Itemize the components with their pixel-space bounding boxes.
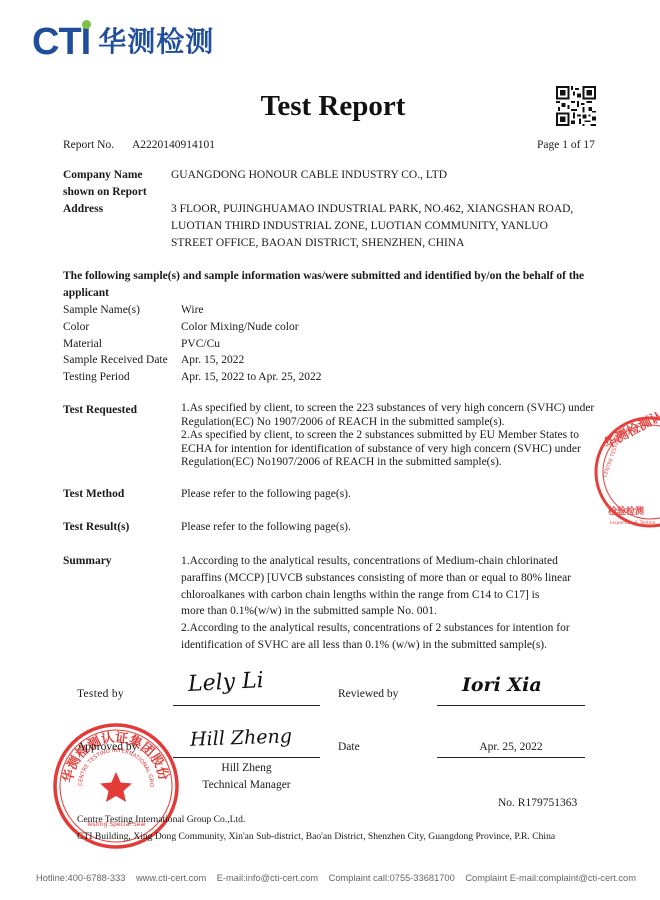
test-requested-value: 1.As specified by client, to screen the … bbox=[181, 402, 611, 470]
sample-field-row: MaterialPVC/Cu bbox=[63, 336, 603, 353]
footer-complaint-call: Complaint call:0755-33681700 bbox=[329, 873, 455, 883]
report-no-label: Report No. bbox=[63, 137, 114, 154]
field-value: Color Mixing/Nude color bbox=[181, 319, 299, 336]
test-result-label: Test Result(s) bbox=[63, 519, 129, 536]
issuer-address: CTI Building, Xing Dong Community, Xin'a… bbox=[77, 828, 555, 845]
field-label: Sample Name(s) bbox=[63, 302, 181, 319]
company-name-label: Company Name shown on Report bbox=[63, 167, 147, 201]
tested-by-label: Tested by bbox=[77, 686, 124, 703]
approved-by-signature: Hill Zheng bbox=[190, 725, 293, 751]
issuer-info: Centre Testing International Group Co.,L… bbox=[77, 811, 555, 845]
sample-intro-line2: applicant bbox=[63, 285, 603, 302]
address-line: STREET OFFICE, BAOAN DISTRICT, SHENZHEN,… bbox=[171, 235, 573, 252]
field-value: Apr. 15, 2022 bbox=[181, 352, 244, 369]
serial-number: No. R179751363 bbox=[498, 795, 577, 812]
approver-name: Hill Zheng bbox=[173, 760, 320, 777]
sample-field-row: ColorColor Mixing/Nude color bbox=[63, 319, 603, 336]
company-name-label-line1: Company Name bbox=[63, 167, 147, 184]
summary-line: identification of SVHC are all less than… bbox=[181, 637, 611, 654]
page-label: Page bbox=[537, 139, 559, 151]
sample-intro: The following sample(s) and sample infor… bbox=[63, 268, 603, 302]
test-requested-line: Regulation(EC) No 1907/2006 of REACH in … bbox=[181, 416, 611, 430]
date-label: Date bbox=[338, 739, 360, 756]
address-line: LUOTIAN THIRD INDUSTRIAL ZONE, LUOTIAN C… bbox=[171, 218, 573, 235]
summary-line: more than 0.1%(w/w) in the submitted sam… bbox=[181, 603, 611, 620]
tested-by-signature: Lely Li bbox=[187, 668, 264, 697]
logo-brand: CTI bbox=[32, 20, 90, 64]
side-stamp: 华测检测认证集 检验检测 Inspection & Testing CENTRE… bbox=[588, 412, 660, 532]
approved-by-label: Approved by bbox=[77, 739, 137, 756]
page-total: 17 bbox=[583, 139, 595, 151]
report-title: Test Report bbox=[0, 90, 660, 123]
sample-field-row: Sample Received DateApr. 15, 2022 bbox=[63, 352, 603, 369]
date-value: Apr. 25, 2022 bbox=[437, 739, 585, 756]
logo-chinese-name: 华测检测 bbox=[98, 20, 214, 64]
company-name-label-line2: shown on Report bbox=[63, 184, 147, 201]
cti-logo: CTI 华测检测 bbox=[32, 20, 214, 64]
tested-by-text: Tested by bbox=[77, 688, 124, 700]
test-result-value: Please refer to the following page(s). bbox=[181, 519, 351, 536]
reviewed-by-label: Reviewed by bbox=[338, 686, 398, 703]
tested-by-line bbox=[173, 705, 320, 706]
field-label: Color bbox=[63, 319, 181, 336]
test-requested-label: Test Requested bbox=[63, 402, 137, 419]
approver-info: Hill Zheng Technical Manager bbox=[173, 760, 320, 794]
footer-email: E-mail:info@cti-cert.com bbox=[217, 873, 318, 883]
svg-text:华测检测认证集: 华测检测认证集 bbox=[601, 412, 660, 452]
field-label: Testing Period bbox=[63, 369, 181, 386]
test-requested-line: Regulation(EC) No1907/2006 of REACH in t… bbox=[181, 456, 611, 470]
field-value: PVC/Cu bbox=[181, 336, 220, 353]
page-of: of bbox=[571, 139, 581, 151]
report-no-value: A2220140914101 bbox=[132, 137, 215, 154]
page-indicator: Page 1 of 17 bbox=[537, 137, 595, 154]
address-line: 3 FLOOR, PUJINGHUAMAO INDUSTRIAL PARK, N… bbox=[171, 201, 573, 218]
summary-line: 1.According to the analytical results, c… bbox=[181, 553, 611, 570]
address-value: 3 FLOOR, PUJINGHUAMAO INDUSTRIAL PARK, N… bbox=[171, 201, 573, 251]
field-label: Sample Received Date bbox=[63, 352, 181, 369]
summary-label: Summary bbox=[63, 553, 112, 570]
summary-value: 1.According to the analytical results, c… bbox=[181, 553, 611, 654]
reviewed-by-line bbox=[437, 705, 585, 706]
summary-line: paraffins (MCCP) [UVCB substances consis… bbox=[181, 570, 611, 587]
issuer-company: Centre Testing International Group Co.,L… bbox=[77, 811, 555, 828]
test-requested-line: ECHA for intention for identification of… bbox=[181, 443, 611, 457]
date-line bbox=[437, 757, 585, 758]
svg-text:Inspection & Testing: Inspection & Testing bbox=[610, 520, 656, 526]
test-requested-line: 2.As specified by client, to screen the … bbox=[181, 429, 611, 443]
test-method-value: Please refer to the following page(s). bbox=[181, 486, 351, 503]
summary-line: chloroalkanes with carbon chain lengths … bbox=[181, 587, 611, 604]
field-label: Material bbox=[63, 336, 181, 353]
approved-by-line bbox=[173, 757, 320, 758]
reviewed-by-signature: Iori Xia bbox=[462, 674, 542, 696]
sample-field-row: Testing PeriodApr. 15, 2022 to Apr. 25, … bbox=[63, 369, 603, 386]
page-current: 1 bbox=[562, 139, 568, 151]
footer-complaint-email: Complaint E-mail:complaint@cti-cert.com bbox=[465, 873, 636, 883]
approver-title: Technical Manager bbox=[173, 777, 320, 794]
sample-field-row: Sample Name(s)Wire bbox=[63, 302, 603, 319]
test-method-label: Test Method bbox=[63, 486, 124, 503]
svg-text:检验检测: 检验检测 bbox=[608, 505, 644, 517]
field-value: Apr. 15, 2022 to Apr. 25, 2022 bbox=[181, 369, 322, 386]
page-footer: Hotline:400-6788-333 www.cti-cert.com E-… bbox=[36, 873, 636, 883]
summary-line: 2.According to the analytical results, c… bbox=[181, 620, 611, 637]
footer-website: www.cti-cert.com bbox=[136, 873, 206, 883]
sample-intro-line1: The following sample(s) and sample infor… bbox=[63, 268, 603, 285]
sample-fields: Sample Name(s)Wire ColorColor Mixing/Nud… bbox=[63, 302, 603, 386]
address-label: Address bbox=[63, 201, 103, 218]
company-name-value: GUANGDONG HONOUR CABLE INDUSTRY CO., LTD bbox=[171, 167, 447, 184]
logo-dot bbox=[82, 20, 91, 29]
test-requested-line: 1.As specified by client, to screen the … bbox=[181, 402, 611, 416]
field-value: Wire bbox=[181, 302, 204, 319]
footer-hotline: Hotline:400-6788-333 bbox=[36, 873, 125, 883]
